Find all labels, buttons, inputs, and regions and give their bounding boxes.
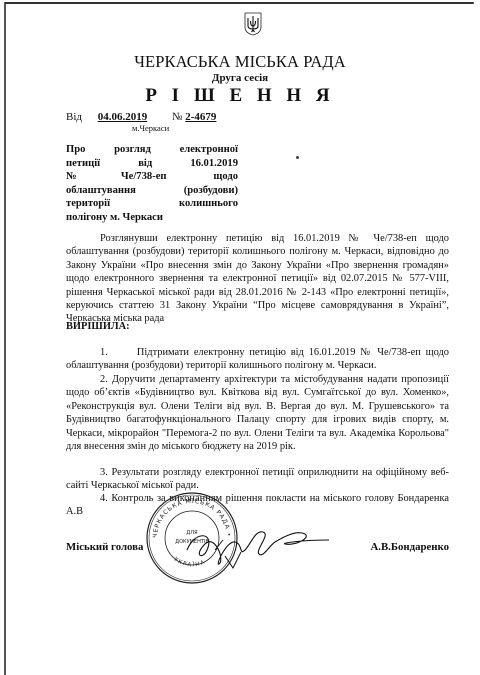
resolution-item-1: 1. Підтримати електронну петицію від 16.…: [66, 346, 449, 373]
decision-number: 2-4679: [185, 111, 216, 123]
session-label: Друга сесія: [0, 72, 480, 84]
subject-line: петиції від 16.01.2019: [66, 158, 238, 169]
council-name: ЧЕРКАСЬКА МІСЬКА РАДА: [0, 52, 480, 72]
page-edge-top: [4, 2, 474, 4]
decision-subject: Про розгляд електронної петиції від 16.0…: [66, 143, 238, 224]
subject-line: Про розгляд електронної: [66, 144, 238, 155]
number-label: №: [172, 111, 183, 123]
resolution-item-3: 3. Результати розгляду електронної петиц…: [66, 466, 449, 493]
date-number-line: Від 04.06.2019 № 2-4679: [66, 111, 216, 123]
resolution-item-4: 4. Контроль за виконанням рішення поклас…: [66, 492, 449, 519]
resolved-heading: ВИРІШИЛА:: [66, 320, 449, 333]
signatory-name: А.В.Бондаренко: [370, 541, 449, 553]
trident-coat-of-arms-icon: [244, 12, 262, 36]
subject-line: облаштування (розбудови): [66, 185, 238, 196]
signatory-position: Міський голова: [66, 541, 143, 553]
handwritten-signature: [185, 520, 330, 570]
document-type-title: Р І Ш Е Н Н Я: [0, 85, 480, 107]
decision-date: 04.06.2019: [98, 111, 148, 123]
date-label: Від: [66, 111, 82, 123]
preamble-paragraph: Розглянувши електронну петицію від 16.01…: [66, 232, 449, 326]
resolution-item-2: 2. Доручити департаменту архітектури та …: [66, 373, 449, 453]
city-label: м.Черкаси: [132, 123, 169, 133]
scan-mark: [296, 156, 299, 159]
subject-line: №Че/738-еп щодо: [66, 171, 238, 182]
subject-line: території колишнього: [66, 198, 238, 209]
subject-line: полігону м. Черкаси: [66, 211, 238, 225]
